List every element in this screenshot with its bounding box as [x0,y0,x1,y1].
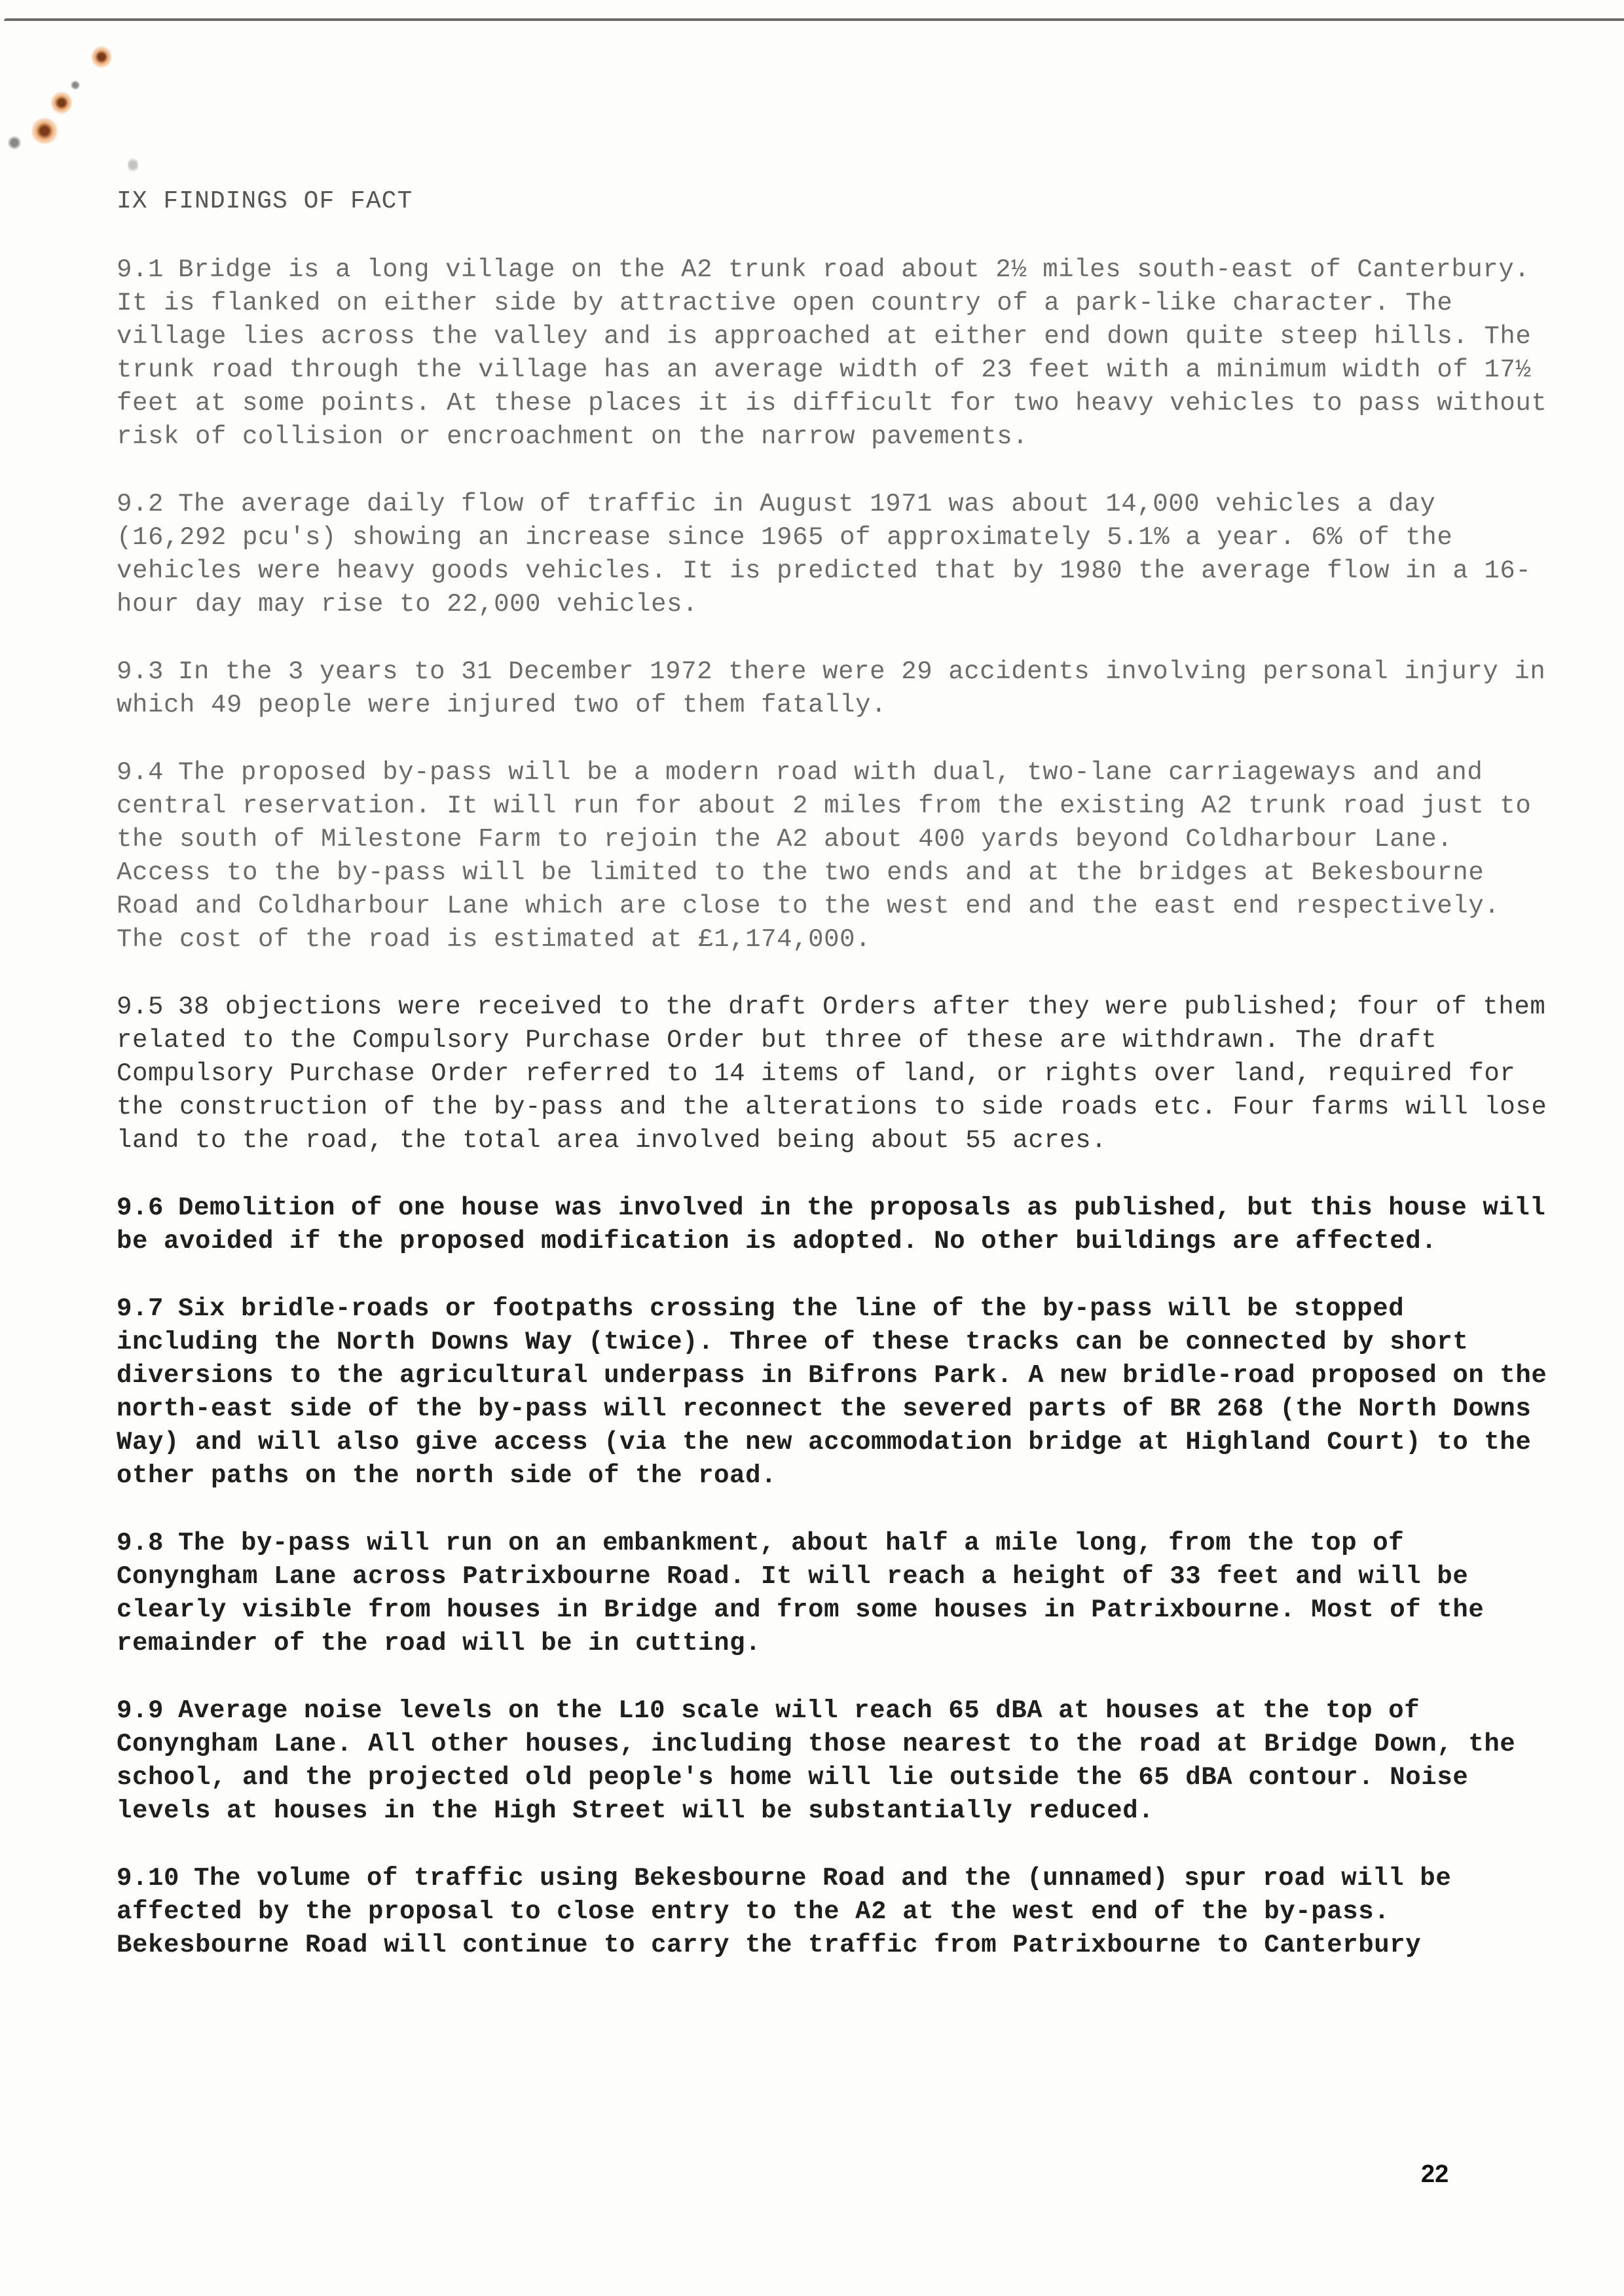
staple-hole-mark [51,92,72,114]
paragraph-9-5: 9.538 objections were received to the dr… [117,991,1557,1157]
punch-mark [128,157,138,173]
paragraph-9-8: 9.8The by-pass will run on an embankment… [117,1527,1557,1660]
paragraph-text: The by-pass will run on an embankment, a… [117,1529,1484,1658]
paragraph-9-2: 9.2The average daily flow of traffic in … [117,488,1557,621]
section-heading: IX FINDINGS OF FACT [117,187,1557,215]
page-number: 22 [1421,2160,1449,2189]
paragraph-text: Average noise levels on the L10 scale wi… [117,1696,1515,1825]
paragraph-number: 9.4 [117,758,164,787]
paragraph-text: The volume of traffic using Bekesbourne … [117,1864,1451,1959]
paragraph-number: 9.1 [117,255,164,284]
page-top-edge [4,18,1624,21]
document-body: IX FINDINGS OF FACT 9.1Bridge is a long … [117,187,1557,1996]
paragraph-9-10: 9.10The volume of traffic using Bekesbou… [117,1862,1557,1962]
paragraph-text: Demolition of one house was involved in … [117,1194,1545,1256]
paragraph-number: 9.2 [117,490,164,519]
paragraph-number: 9.7 [117,1294,164,1323]
paragraph-9-1: 9.1Bridge is a long village on the A2 tr… [117,253,1557,454]
paragraph-9-6: 9.6Demolition of one house was involved … [117,1192,1557,1258]
paragraph-number: 9.10 [117,1864,179,1893]
punch-mark [71,81,80,90]
staple-hole-mark [92,46,111,68]
paragraph-number: 9.9 [117,1696,164,1725]
paragraph-9-3: 9.3In the 3 years to 31 December 1972 th… [117,655,1557,722]
paragraph-number: 9.3 [117,657,164,686]
paragraph-9-4: 9.4The proposed by-pass will be a modern… [117,756,1557,957]
paragraph-number: 9.6 [117,1194,164,1222]
paragraph-9-9: 9.9Average noise levels on the L10 scale… [117,1694,1557,1828]
paragraph-text: Six bridle-roads or footpaths crossing t… [117,1294,1547,1490]
paragraph-number: 9.8 [117,1529,164,1558]
paragraph-9-7: 9.7Six bridle-roads or footpaths crossin… [117,1292,1557,1493]
paragraph-text: 38 objections were received to the draft… [117,993,1547,1155]
paragraph-text: The proposed by-pass will be a modern ro… [117,758,1531,954]
paragraph-text: In the 3 years to 31 December 1972 there… [117,657,1545,720]
paragraph-text: Bridge is a long village on the A2 trunk… [117,255,1547,451]
punch-mark [8,136,21,149]
paragraph-number: 9.5 [117,993,164,1021]
staple-hole-mark [31,118,58,144]
paragraph-text: The average daily flow of traffic in Aug… [117,490,1531,619]
